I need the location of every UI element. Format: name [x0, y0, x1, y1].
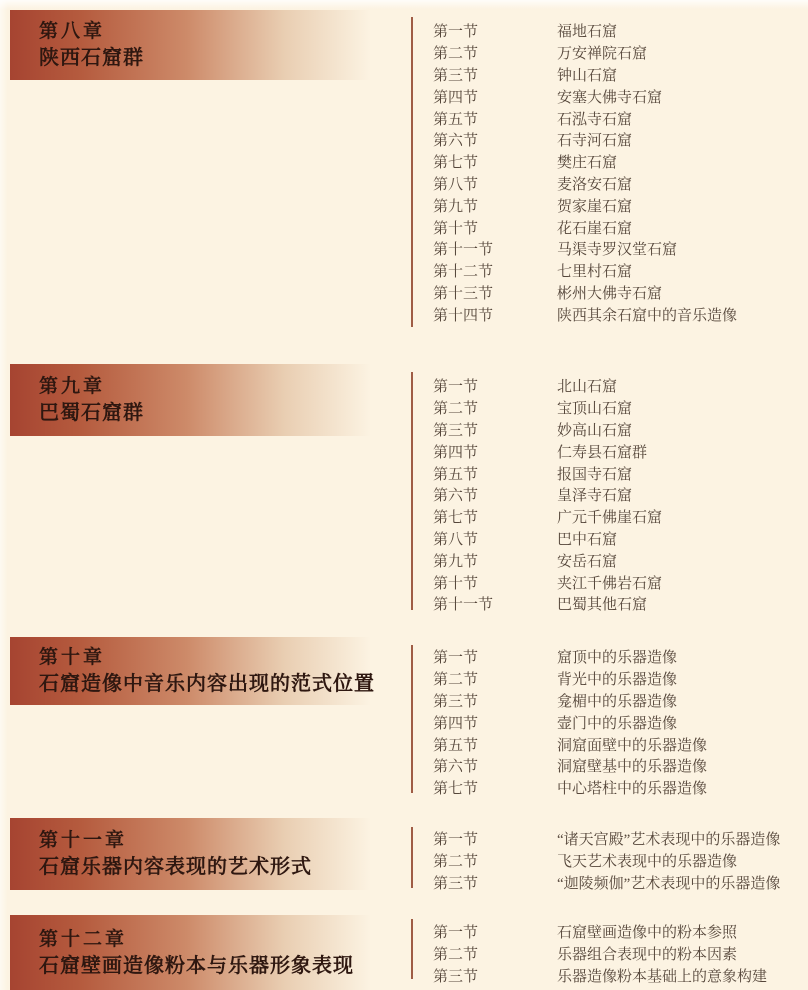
section-number: 第十节	[433, 217, 557, 238]
chapter-block: 第十二章 石窟壁画造像粉本与乐器形象表现 第一节 石窟壁画造像中的粉本参照 第二…	[0, 0, 808, 990]
section-number: 第十二节	[433, 260, 557, 281]
toc-section-row: 第五节 石泓寺石窟	[433, 107, 808, 129]
toc-section-row: 第八节 巴中石窟	[433, 528, 808, 550]
toc-section-row: 第二节 背光中的乐器造像	[433, 668, 808, 690]
chapter-number: 第九章	[39, 374, 402, 400]
section-number: 第三节	[433, 965, 557, 986]
toc-section-row: 第四节 仁寿县石窟群	[433, 440, 808, 462]
section-number: 第六节	[433, 129, 557, 150]
toc-section-row: 第十节 花石崖石窟	[433, 216, 808, 238]
chapter-heading-band: 第八章 陕西石窟群	[10, 10, 402, 80]
chapter-block: 第十章 石窟造像中音乐内容出现的范式位置 第一节 窟顶中的乐器造像 第二节 背光…	[0, 0, 808, 990]
section-title: 妙高山石窟	[557, 419, 808, 440]
section-title: 壸门中的乐器造像	[557, 712, 808, 733]
section-number: 第八节	[433, 173, 557, 194]
section-title: 报国寺石窟	[557, 463, 808, 484]
section-title: 仁寿县石窟群	[557, 441, 808, 462]
section-title: 彬州大佛寺石窟	[557, 282, 808, 303]
section-title: 陕西其余石窟中的音乐造像	[557, 304, 808, 325]
toc-section-row: 第三节 龛楣中的乐器造像	[433, 690, 808, 712]
section-list: 第一节 窟顶中的乐器造像 第二节 背光中的乐器造像 第三节 龛楣中的乐器造像 第…	[411, 645, 808, 793]
toc-section-row: 第六节 皇泽寺石窟	[433, 484, 808, 506]
toc-section-row: 第二节 乐器组合表现中的粉本因素	[433, 943, 808, 965]
toc-section-row: 第十一节 马渠寺罗汉堂石窟	[433, 238, 808, 260]
section-list: 第一节 福地石窟 第二节 万安禅院石窟 第三节 钟山石窟 第四节 安塞大佛寺石窟…	[411, 17, 808, 327]
section-title: “诸天宫殿”艺术表现中的乐器造像	[557, 828, 808, 849]
section-number: 第七节	[433, 151, 557, 172]
chapter-number: 第十章	[39, 645, 402, 671]
toc-section-row: 第三节 乐器造像粉本基础上的意象构建	[433, 965, 808, 987]
section-number: 第五节	[433, 463, 557, 484]
toc-section-row: 第十四节 陕西其余石窟中的音乐造像	[433, 303, 808, 325]
chapter-heading-band: 第十二章 石窟壁画造像粉本与乐器形象表现	[10, 915, 402, 990]
section-number: 第十一节	[433, 238, 557, 259]
chapter-title: 石窟乐器内容表现的艺术形式	[39, 854, 402, 880]
section-number: 第六节	[433, 484, 557, 505]
section-number: 第一节	[433, 828, 557, 849]
section-title: 安塞大佛寺石窟	[557, 86, 808, 107]
section-number: 第十三节	[433, 282, 557, 303]
section-number: 第二节	[433, 397, 557, 418]
section-title: 七里村石窟	[557, 260, 808, 281]
toc-section-row: 第八节 麦洛安石窟	[433, 173, 808, 195]
section-number: 第六节	[433, 755, 557, 776]
section-title: “迦陵频伽”艺术表现中的乐器造像	[557, 872, 808, 893]
section-number: 第四节	[433, 441, 557, 462]
section-title: 龛楣中的乐器造像	[557, 690, 808, 711]
toc-section-row: 第二节 宝顶山石窟	[433, 397, 808, 419]
section-title: 宝顶山石窟	[557, 397, 808, 418]
toc-section-row: 第一节 福地石窟	[433, 20, 808, 42]
toc-section-row: 第十二节 七里村石窟	[433, 260, 808, 282]
section-title: 石寺河石窟	[557, 129, 808, 150]
chapter-block: 第十一章 石窟乐器内容表现的艺术形式 第一节 “诸天宫殿”艺术表现中的乐器造像 …	[0, 0, 808, 990]
toc-section-row: 第五节 洞窟面壁中的乐器造像	[433, 733, 808, 755]
chapter-heading-band: 第十章 石窟造像中音乐内容出现的范式位置	[10, 637, 402, 705]
chapter-heading-band: 第十一章 石窟乐器内容表现的艺术形式	[10, 818, 402, 890]
section-title: 巴蜀其他石窟	[557, 593, 808, 614]
toc-section-row: 第一节 “诸天宫殿”艺术表现中的乐器造像	[433, 828, 808, 850]
chapter-title: 石窟造像中音乐内容出现的范式位置	[39, 671, 402, 697]
section-title: 飞天艺术表现中的乐器造像	[557, 850, 808, 871]
section-title: 贺家崖石窟	[557, 195, 808, 216]
section-number: 第五节	[433, 734, 557, 755]
chapter-number: 第八章	[39, 19, 402, 45]
toc-section-row: 第六节 石寺河石窟	[433, 129, 808, 151]
section-number: 第七节	[433, 506, 557, 527]
toc-section-row: 第一节 窟顶中的乐器造像	[433, 646, 808, 668]
toc-section-row: 第三节 钟山石窟	[433, 64, 808, 86]
section-number: 第四节	[433, 86, 557, 107]
toc-section-row: 第五节 报国寺石窟	[433, 462, 808, 484]
toc-section-row: 第二节 飞天艺术表现中的乐器造像	[433, 850, 808, 872]
chapter-title: 陕西石窟群	[39, 45, 402, 71]
chapter-number: 第十二章	[39, 927, 402, 953]
section-number: 第十四节	[433, 304, 557, 325]
section-title: 万安禅院石窟	[557, 42, 808, 63]
section-number: 第一节	[433, 921, 557, 942]
chapter-title: 巴蜀石窟群	[39, 400, 402, 426]
toc-section-row: 第七节 樊庄石窟	[433, 151, 808, 173]
toc-section-row: 第四节 壸门中的乐器造像	[433, 711, 808, 733]
section-title: 北山石窟	[557, 375, 808, 396]
toc-section-row: 第二节 万安禅院石窟	[433, 42, 808, 64]
section-number: 第二节	[433, 668, 557, 689]
section-number: 第一节	[433, 20, 557, 41]
section-title: 乐器组合表现中的粉本因素	[557, 943, 808, 964]
toc-section-row: 第六节 洞窟壁基中的乐器造像	[433, 755, 808, 777]
section-number: 第一节	[433, 375, 557, 396]
section-title: 夹江千佛岩石窟	[557, 572, 808, 593]
section-title: 窟顶中的乐器造像	[557, 646, 808, 667]
chapter-heading-band: 第九章 巴蜀石窟群	[10, 364, 402, 436]
section-number: 第九节	[433, 195, 557, 216]
section-title: 洞窟壁基中的乐器造像	[557, 755, 808, 776]
toc-section-row: 第四节 安塞大佛寺石窟	[433, 85, 808, 107]
toc-section-row: 第十节 夹江千佛岩石窟	[433, 571, 808, 593]
toc-section-row: 第七节 中心塔柱中的乐器造像	[433, 777, 808, 799]
toc-page: 第八章 陕西石窟群 第一节 福地石窟 第二节 万安禅院石窟 第三节 钟山石窟 第…	[0, 0, 808, 990]
section-title: 麦洛安石窟	[557, 173, 808, 194]
section-title: 石窟壁画造像中的粉本参照	[557, 921, 808, 942]
section-title: 安岳石窟	[557, 550, 808, 571]
section-number: 第一节	[433, 646, 557, 667]
section-list: 第一节 石窟壁画造像中的粉本参照 第二节 乐器组合表现中的粉本因素 第三节 乐器…	[411, 919, 808, 979]
section-number: 第五节	[433, 108, 557, 129]
toc-section-row: 第三节 “迦陵频伽”艺术表现中的乐器造像	[433, 872, 808, 894]
toc-section-row: 第一节 北山石窟	[433, 375, 808, 397]
toc-section-row: 第一节 石窟壁画造像中的粉本参照	[433, 921, 808, 943]
section-number: 第三节	[433, 64, 557, 85]
section-title: 洞窟面壁中的乐器造像	[557, 734, 808, 755]
chapter-block: 第九章 巴蜀石窟群 第一节 北山石窟 第二节 宝顶山石窟 第三节 妙高山石窟 第…	[0, 0, 808, 990]
section-number: 第三节	[433, 419, 557, 440]
section-title: 中心塔柱中的乐器造像	[557, 777, 808, 798]
section-number: 第三节	[433, 872, 557, 893]
toc-section-row: 第三节 妙高山石窟	[433, 419, 808, 441]
section-number: 第十节	[433, 572, 557, 593]
toc-section-row: 第十一节 巴蜀其他石窟	[433, 593, 808, 615]
section-title: 乐器造像粉本基础上的意象构建	[557, 965, 808, 986]
section-title: 花石崖石窟	[557, 217, 808, 238]
section-title: 马渠寺罗汉堂石窟	[557, 238, 808, 259]
chapter-title: 石窟壁画造像粉本与乐器形象表现	[39, 953, 402, 979]
section-number: 第七节	[433, 777, 557, 798]
section-list: 第一节 “诸天宫殿”艺术表现中的乐器造像 第二节 飞天艺术表现中的乐器造像 第三…	[411, 827, 808, 888]
chapter-block: 第八章 陕西石窟群 第一节 福地石窟 第二节 万安禅院石窟 第三节 钟山石窟 第…	[0, 0, 808, 990]
section-title: 巴中石窟	[557, 528, 808, 549]
section-number: 第二节	[433, 42, 557, 63]
chapter-number: 第十一章	[39, 828, 402, 854]
section-title: 背光中的乐器造像	[557, 668, 808, 689]
section-title: 石泓寺石窟	[557, 108, 808, 129]
section-number: 第二节	[433, 850, 557, 871]
section-title: 樊庄石窟	[557, 151, 808, 172]
section-number: 第八节	[433, 528, 557, 549]
toc-section-row: 第七节 广元千佛崖石窟	[433, 506, 808, 528]
section-number: 第九节	[433, 550, 557, 571]
toc-section-row: 第九节 贺家崖石窟	[433, 194, 808, 216]
section-title: 皇泽寺石窟	[557, 484, 808, 505]
section-title: 广元千佛崖石窟	[557, 506, 808, 527]
section-number: 第三节	[433, 690, 557, 711]
section-number: 第十一节	[433, 593, 557, 614]
section-number: 第二节	[433, 943, 557, 964]
toc-section-row: 第十三节 彬州大佛寺石窟	[433, 282, 808, 304]
section-list: 第一节 北山石窟 第二节 宝顶山石窟 第三节 妙高山石窟 第四节 仁寿县石窟群 …	[411, 372, 808, 610]
section-title: 福地石窟	[557, 20, 808, 41]
toc-section-row: 第九节 安岳石窟	[433, 549, 808, 571]
section-number: 第四节	[433, 712, 557, 733]
section-title: 钟山石窟	[557, 64, 808, 85]
